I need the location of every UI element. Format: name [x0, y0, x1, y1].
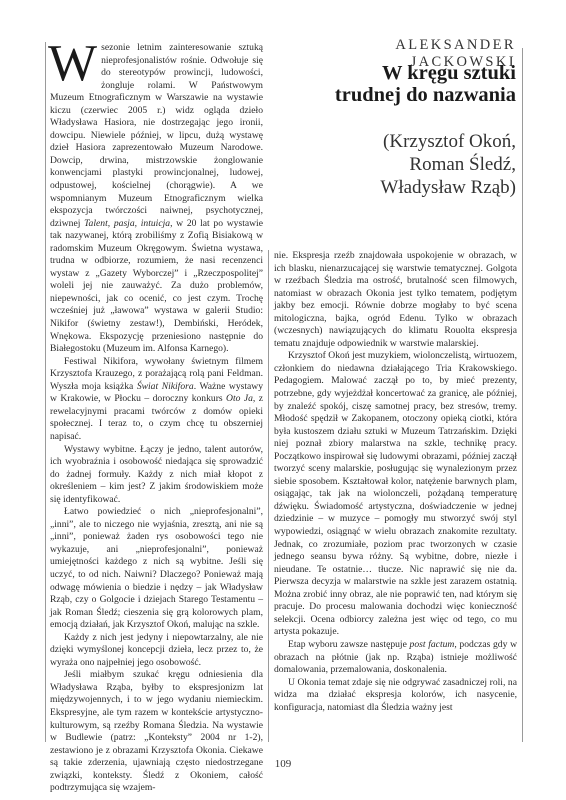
paragraph: Krzysztof Okoń jest muzykiem, wiolonczel…	[274, 350, 517, 639]
paragraph: U Okonia temat zdaje się nie odgrywać za…	[274, 677, 517, 715]
paragraph: nie. Ekspresja rzeźb znajdowała uspokoje…	[274, 250, 517, 350]
page-number: 109	[0, 758, 566, 770]
right-column-rule	[522, 48, 523, 742]
paragraph: Etap wyboru zawsze następuje post factum…	[274, 639, 517, 677]
document-page: Wsezonie letnim zainteresowanie sztuką n…	[0, 0, 566, 800]
paragraph: Wystawy wybitne. Łączy je jedno, talent …	[50, 444, 263, 507]
paragraph: Każdy z nich jest jedyny i niepowtarzaln…	[50, 632, 263, 670]
left-column: Wsezonie letnim zainteresowanie sztuką n…	[50, 42, 263, 795]
paragraph: Jeśli miałbym szukać kręgu odniesienia d…	[50, 669, 263, 794]
left-column-rule	[45, 42, 46, 742]
drop-cap: W	[48, 44, 97, 84]
article-title: W kręgu sztuki trudnej do nazwania	[288, 62, 516, 106]
right-column: nie. Ekspresja rzeźb znajdowała uspokoje…	[274, 250, 517, 714]
article-subtitle: (Krzysztof Okoń, Roman Śledź, Władysław …	[288, 130, 516, 199]
center-column-rule	[268, 250, 269, 742]
paragraph: Łatwo powiedzieć o nich „nieprofesjonaln…	[50, 506, 263, 631]
paragraph: Wsezonie letnim zainteresowanie sztuką n…	[50, 42, 263, 356]
paragraph: Festiwal Nikifora, wywołany świetnym fil…	[50, 356, 263, 444]
